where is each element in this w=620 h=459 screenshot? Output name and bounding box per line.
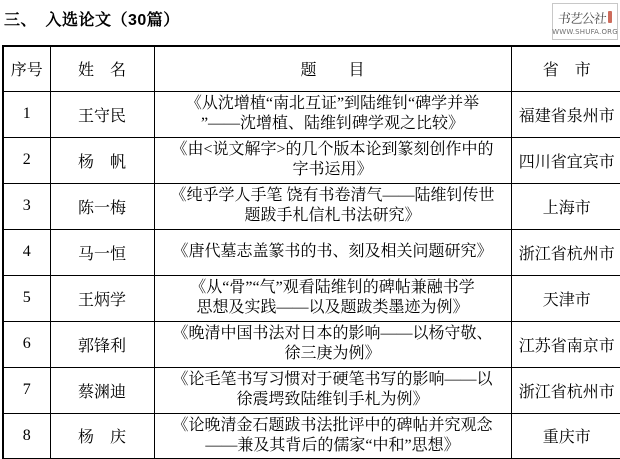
cell-title: 《晚清中国书法对日本的影响——以杨守敬、 徐三庚为例》 (154, 321, 511, 367)
cell-province: 浙江省杭州市 (511, 229, 620, 275)
cell-index: 8 (3, 413, 50, 459)
cell-province: 江苏省南京市 (511, 321, 620, 367)
cell-name: 杨 庆 (50, 413, 154, 459)
cell-title: 《唐代墓志盖篆书的书、刻及相关问题研究》 (154, 229, 511, 275)
table-header-row: 序号 姓 名 题 目 省 市 (3, 46, 620, 91)
cell-index: 6 (3, 321, 50, 367)
cell-index: 1 (3, 91, 50, 137)
cell-name: 蔡渊迪 (50, 367, 154, 413)
table-row: 1 王守民 《从沈增植“南北互证”到陆维钊“碑学并举 ”——沈增植、陆维钊碑学观… (3, 91, 620, 137)
cell-index: 2 (3, 137, 50, 183)
cell-index: 5 (3, 275, 50, 321)
site-watermark: 书艺公社 WWW.SHUFA.ORG (552, 3, 618, 40)
seal-icon (608, 11, 612, 23)
table-row: 8 杨 庆 《论晚清金石题跋书法批评中的碑帖并究观念 ——兼及其背后的儒家“中和… (3, 413, 620, 459)
cell-name: 郭锋利 (50, 321, 154, 367)
cell-index: 7 (3, 367, 50, 413)
shufa-logo: 书艺公社 (557, 8, 607, 27)
col-header-name: 姓 名 (50, 46, 154, 91)
table-row: 6 郭锋利 《晚清中国书法对日本的影响——以杨守敬、 徐三庚为例》 江苏省南京市 (3, 321, 620, 367)
table-row: 7 蔡渊迪 《论毛笔书写习惯对于硬笔书写的影响——以 徐震堮致陆维钊手札为例》 … (3, 367, 620, 413)
cell-province: 四川省宜宾市 (511, 137, 620, 183)
cell-name: 王炳学 (50, 275, 154, 321)
table-row: 3 陈一梅 《纯乎学人手笔 饶有书卷清气——陆维钊传世 题跋手札信札书法研究》 … (3, 183, 620, 229)
cell-name: 杨 帆 (50, 137, 154, 183)
cell-title: 《由<说文解字>的几个版本论到篆刻创作中的 字书运用》 (154, 137, 511, 183)
cell-province: 重庆市 (511, 413, 620, 459)
watermark-logo-row: 书艺公社 (558, 8, 612, 27)
cell-province: 上海市 (511, 183, 620, 229)
col-header-province: 省 市 (511, 46, 620, 91)
watermark-url: WWW.SHUFA.ORG (552, 28, 618, 36)
cell-province: 浙江省杭州市 (511, 367, 620, 413)
section-heading: 三、 入选论文（30篇） (4, 7, 180, 30)
papers-table: 序号 姓 名 题 目 省 市 1 王守民 《从沈增植“南北互证”到陆维钊“碑学并… (2, 45, 620, 459)
table-row: 2 杨 帆 《由<说文解字>的几个版本论到篆刻创作中的 字书运用》 四川省宜宾市 (3, 137, 620, 183)
cell-province: 天津市 (511, 275, 620, 321)
col-header-title: 题 目 (154, 46, 511, 91)
cell-title: 《从“骨”“气”观看陆维钊的碑帖兼融书学 思想及实践——以及题跋类墨迹为例》 (154, 275, 511, 321)
cell-title: 《论毛笔书写习惯对于硬笔书写的影响——以 徐震堮致陆维钊手札为例》 (154, 367, 511, 413)
table-row: 4 马一恒 《唐代墓志盖篆书的书、刻及相关问题研究》 浙江省杭州市 (3, 229, 620, 275)
cell-index: 3 (3, 183, 50, 229)
cell-index: 4 (3, 229, 50, 275)
cell-name: 陈一梅 (50, 183, 154, 229)
cell-title: 《论晚清金石题跋书法批评中的碑帖并究观念 ——兼及其背后的儒家“中和”思想》 (154, 413, 511, 459)
col-header-index: 序号 (3, 46, 50, 91)
table-row: 5 王炳学 《从“骨”“气”观看陆维钊的碑帖兼融书学 思想及实践——以及题跋类墨… (3, 275, 620, 321)
cell-name: 王守民 (50, 91, 154, 137)
cell-title: 《纯乎学人手笔 饶有书卷清气——陆维钊传世 题跋手札信札书法研究》 (154, 183, 511, 229)
cell-province: 福建省泉州市 (511, 91, 620, 137)
cell-title: 《从沈增植“南北互证”到陆维钊“碑学并举 ”——沈增植、陆维钊碑学观之比较》 (154, 91, 511, 137)
cell-name: 马一恒 (50, 229, 154, 275)
